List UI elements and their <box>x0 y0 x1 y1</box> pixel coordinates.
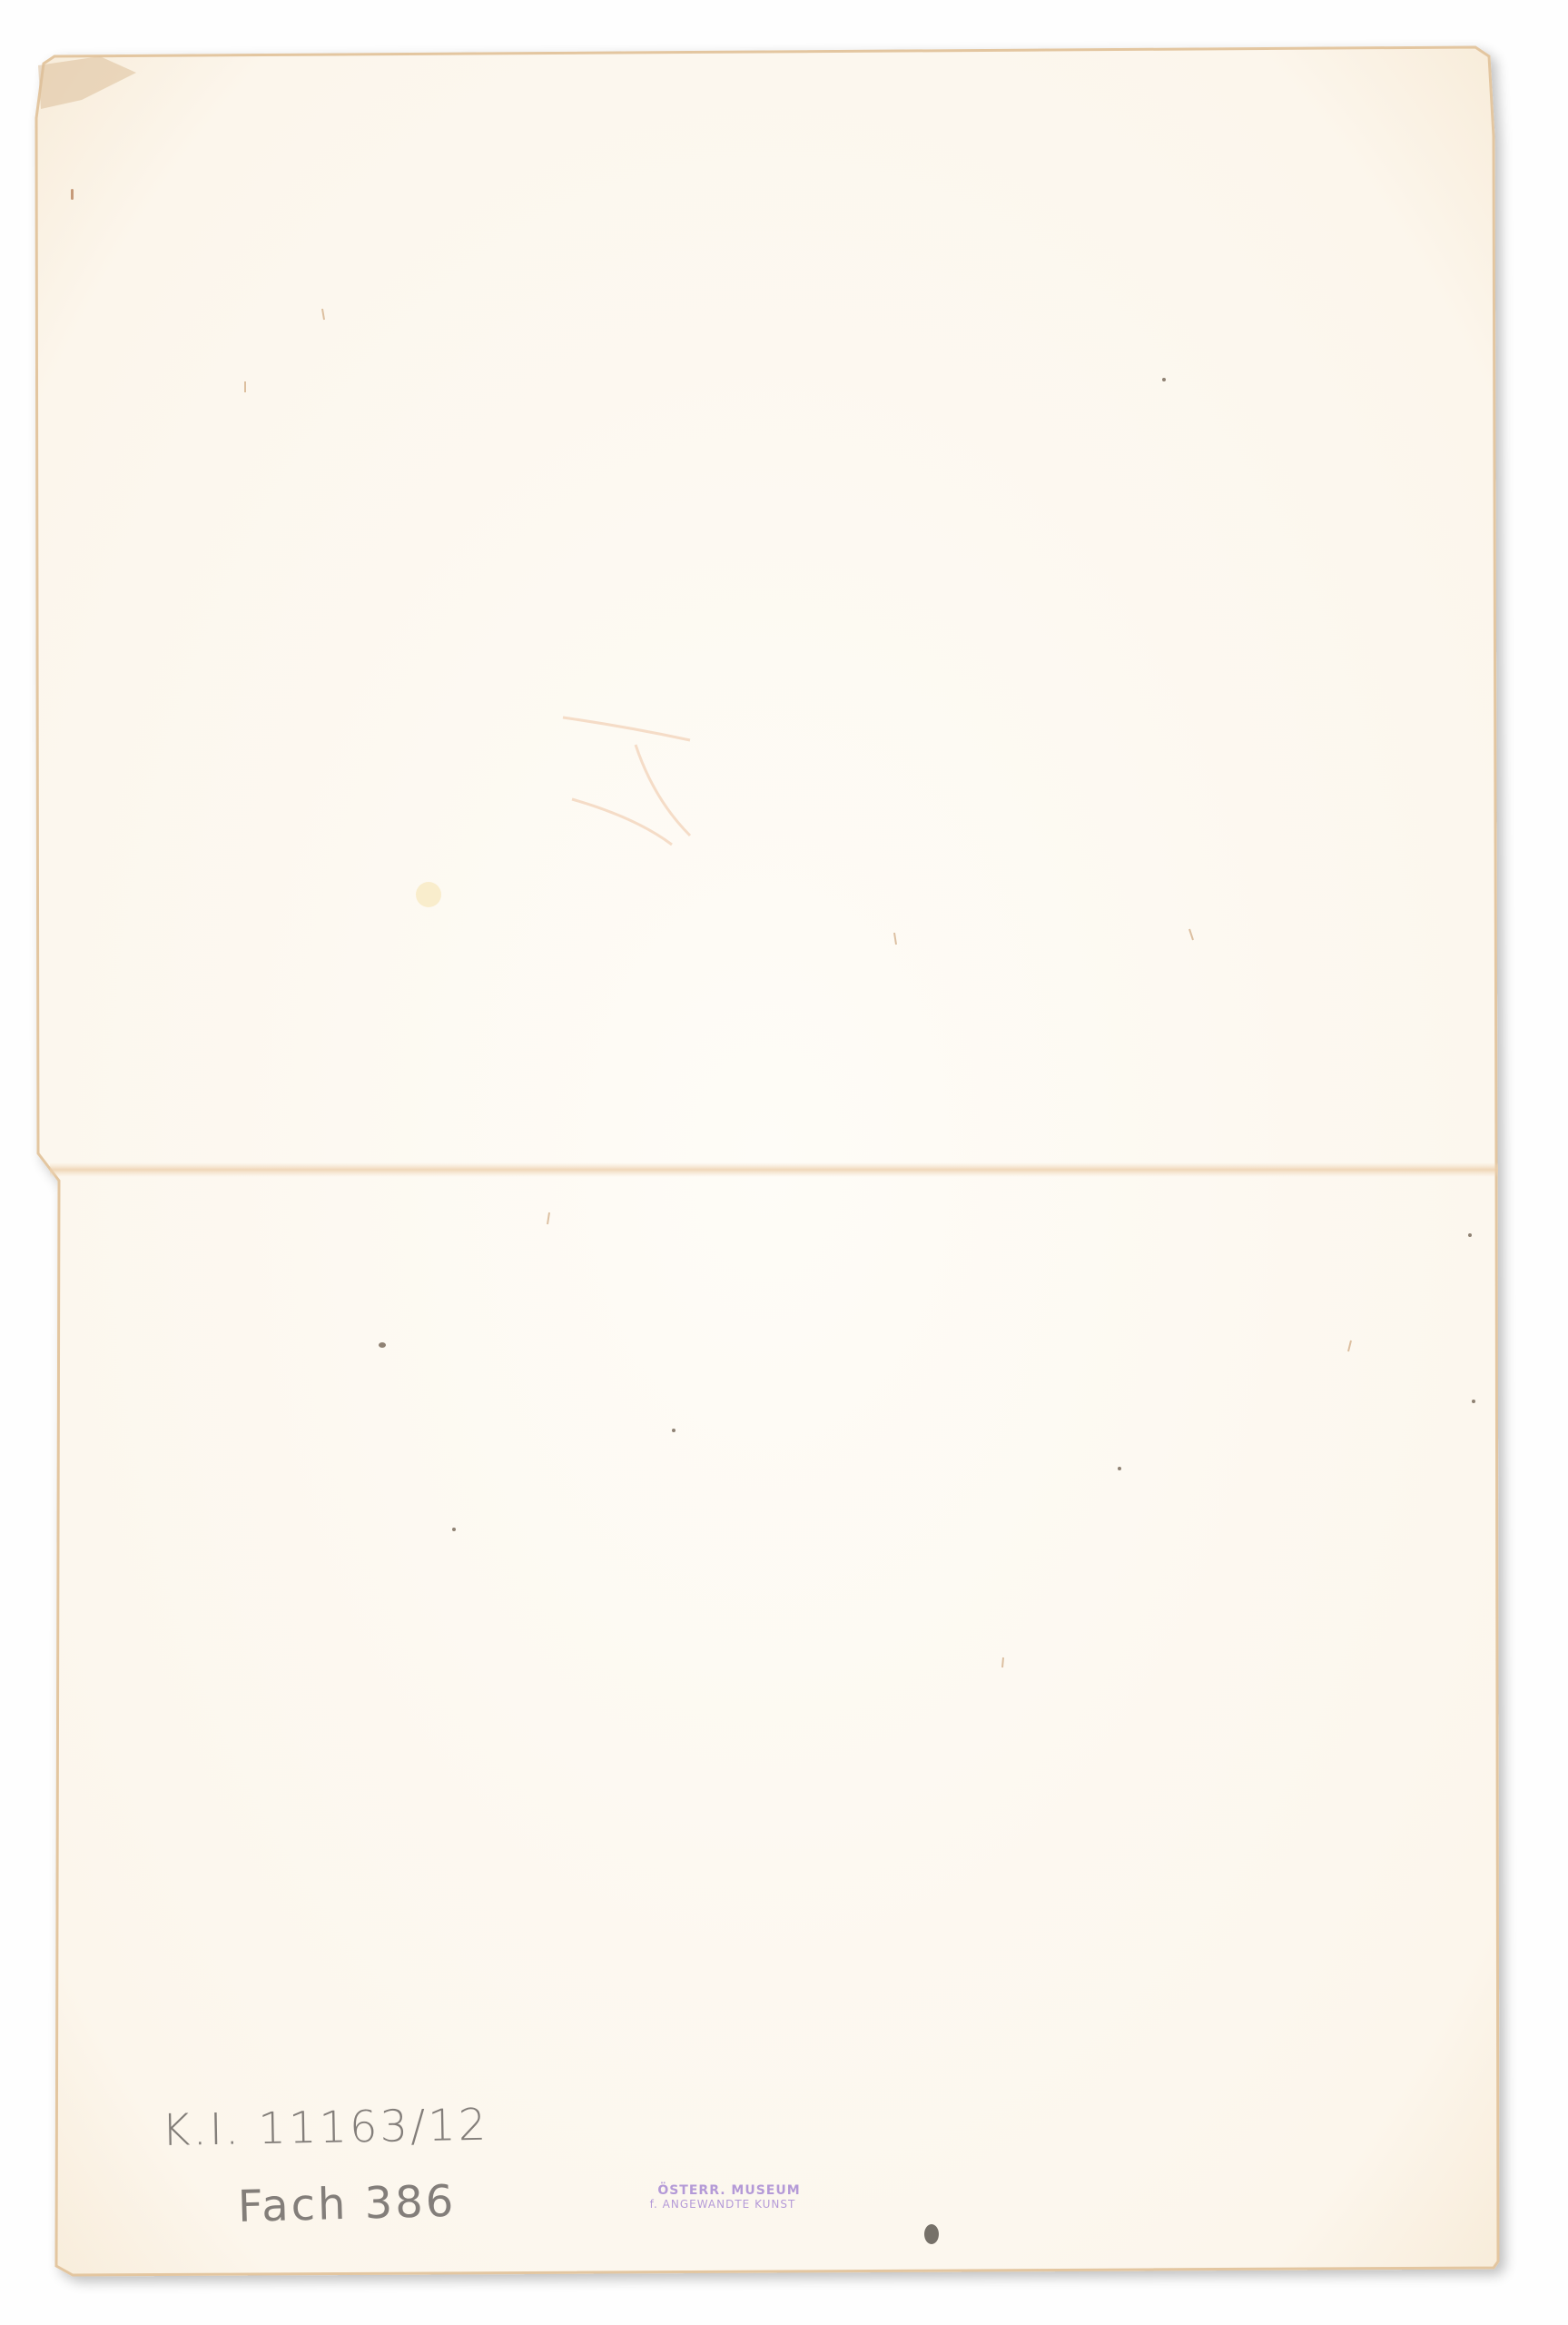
stamp-line-1: ÖSTERR. MUSEUM <box>652 2184 806 2198</box>
paper-shape <box>0 0 1568 2325</box>
scanned-page: K.I. 11163/12 Fach 386 ÖSTERR. MUSEUM f.… <box>0 0 1568 2325</box>
edge-mark <box>71 189 74 200</box>
museum-stamp: ÖSTERR. MUSEUM f. ANGEWANDTE KUNST <box>652 2184 806 2211</box>
paper-sheet: K.I. 11163/12 Fach 386 ÖSTERR. MUSEUM f.… <box>0 0 1568 2325</box>
accession-number-annotation: K.I. 11163/12 <box>162 2100 489 2156</box>
stamp-line-2: f. ANGEWANDTE KUNST <box>639 2198 806 2211</box>
shelf-mark-annotation: Fach 386 <box>237 2176 457 2232</box>
